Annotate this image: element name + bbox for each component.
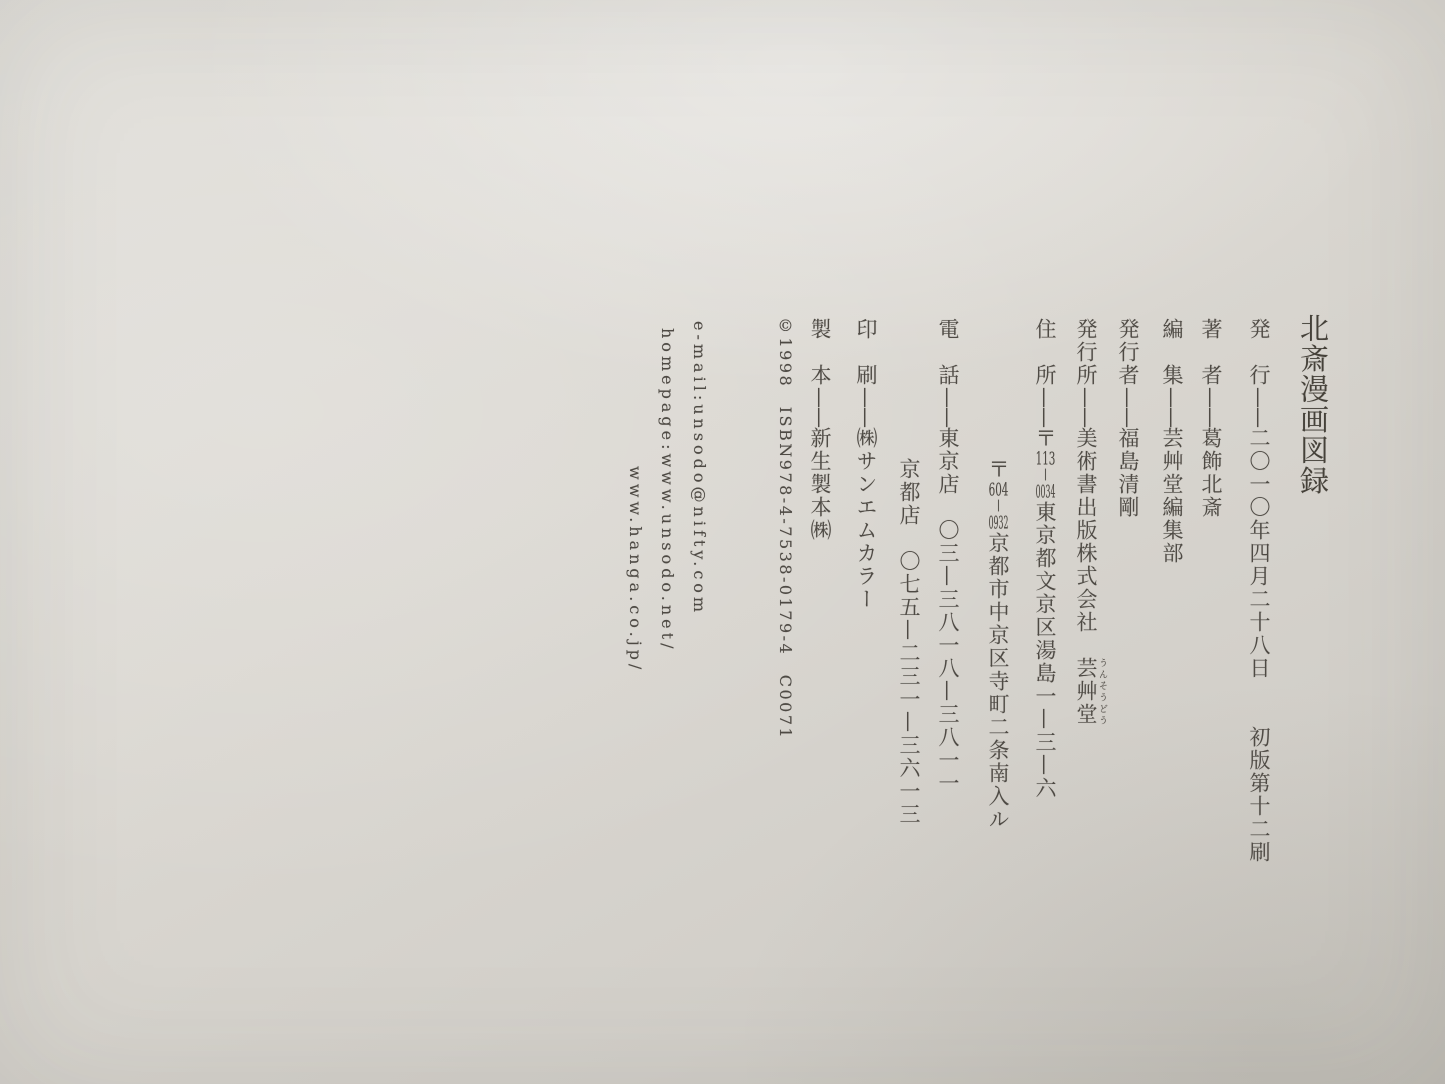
leader-dash: —— bbox=[808, 387, 832, 427]
postal-code-upper: 113 bbox=[1035, 450, 1056, 468]
publication-label: 発 行 bbox=[1247, 318, 1271, 387]
author-row: 著 者——葛飾北斎 bbox=[1196, 318, 1226, 519]
leader-dash: —— bbox=[1033, 387, 1057, 427]
telephone-store-kyoto: 京都店 bbox=[897, 458, 921, 550]
leader-dash: —— bbox=[1116, 387, 1140, 427]
printing-row: 印 刷——㈱サンエムカラー bbox=[851, 318, 881, 611]
printing-label: 印 刷 bbox=[854, 318, 878, 387]
postal-mark: 〒 bbox=[986, 458, 1010, 481]
binding-label: 製 本 bbox=[808, 318, 832, 387]
leader-dash: —— bbox=[936, 387, 960, 427]
homepage-line-2: www.hanga.co.jp/ bbox=[622, 466, 648, 673]
printing-company: ㈱サンエムカラー bbox=[854, 427, 878, 611]
publisher-company-row: 発行所——美術書出版株式会社 芸艸堂うんそうどう bbox=[1071, 318, 1107, 726]
publisher-company-name: 美術書出版株式会社 bbox=[1074, 427, 1098, 657]
binding-row: 製 本——新生製本㈱ bbox=[805, 318, 835, 542]
leader-dash: —— bbox=[1199, 387, 1223, 427]
publisher-company-label: 発行所 bbox=[1074, 318, 1098, 387]
telephone-store-tokyo: 東京店 bbox=[936, 427, 960, 519]
editing-row: 編 集——芸艸堂編集部 bbox=[1157, 318, 1187, 565]
author-label: 著 者 bbox=[1199, 318, 1223, 387]
publisher-company-ruby: 芸艸堂うんそうどう bbox=[1074, 657, 1098, 726]
book-page-photo: 北斎漫画図録 発 行——二〇一〇年四月二十八日 初版第十二刷 著 者——葛飾北斎… bbox=[0, 0, 1445, 1084]
postal-code-upper: 604 bbox=[988, 481, 1009, 499]
address-text-kyoto: 京都市中京区寺町二条南入ル bbox=[986, 532, 1010, 831]
binding-company: 新生製本㈱ bbox=[808, 427, 832, 542]
homepage-line: homepage:www.unsodo.net/ bbox=[654, 328, 680, 652]
author-name: 葛飾北斎 bbox=[1199, 427, 1223, 519]
address-row-kyoto: 〒604—0932京都市中京区寺町二条南入ル bbox=[983, 458, 1013, 831]
telephone-row-kyoto: 京都店 〇七五—二三一—三六一三 bbox=[894, 458, 924, 826]
editing-name: 芸艸堂編集部 bbox=[1160, 427, 1184, 565]
address-label: 住 所 bbox=[1033, 318, 1057, 387]
postal-code-dash: — bbox=[1038, 468, 1053, 483]
address-text-tokyo: 東京都文京区湯島一—三—六 bbox=[1033, 501, 1057, 800]
publication-row: 発 行——二〇一〇年四月二十八日 初版第十二刷 bbox=[1244, 318, 1274, 864]
leader-dash: —— bbox=[1247, 387, 1271, 427]
telephone-row-tokyo: 電 話——東京店 〇三—三八一八—三八一一 bbox=[933, 318, 963, 795]
editing-label: 編 集 bbox=[1160, 318, 1184, 387]
postal-mark: 〒 bbox=[1033, 427, 1057, 450]
telephone-number-tokyo: 〇三—三八一八—三八一一 bbox=[936, 519, 960, 795]
publisher-person-row: 発行者——福島清剛 bbox=[1113, 318, 1143, 519]
postal-code-lower: 0034 bbox=[1035, 483, 1056, 501]
leader-dash: —— bbox=[854, 387, 878, 427]
publisher-company-furigana: うんそうどう bbox=[1097, 657, 1107, 726]
publisher-company-ruby-base: 芸艸堂 bbox=[1074, 657, 1098, 726]
leader-dash: —— bbox=[1160, 387, 1184, 427]
email-line: e-mail:unsodo@nifty.com bbox=[686, 321, 712, 616]
leader-dash: —— bbox=[1074, 387, 1098, 427]
address-row-tokyo: 住 所——〒113—0034東京都文京区湯島一—三—六 bbox=[1030, 318, 1060, 800]
postal-code-lower: 0932 bbox=[988, 514, 1009, 532]
publisher-person-label: 発行者 bbox=[1116, 318, 1140, 387]
telephone-number-kyoto: 〇七五—二三一—三六一三 bbox=[897, 550, 921, 826]
postal-code-dash: — bbox=[991, 499, 1006, 514]
book-title: 北斎漫画図録 bbox=[1296, 313, 1330, 496]
publication-date: 二〇一〇年四月二十八日 初版第十二刷 bbox=[1247, 427, 1271, 864]
publisher-person-name: 福島清剛 bbox=[1116, 427, 1140, 519]
copyright-isbn-line: ©1998 ISBN978-4-7538-0179-4 C0071 bbox=[772, 316, 798, 740]
telephone-label: 電 話 bbox=[936, 318, 960, 387]
